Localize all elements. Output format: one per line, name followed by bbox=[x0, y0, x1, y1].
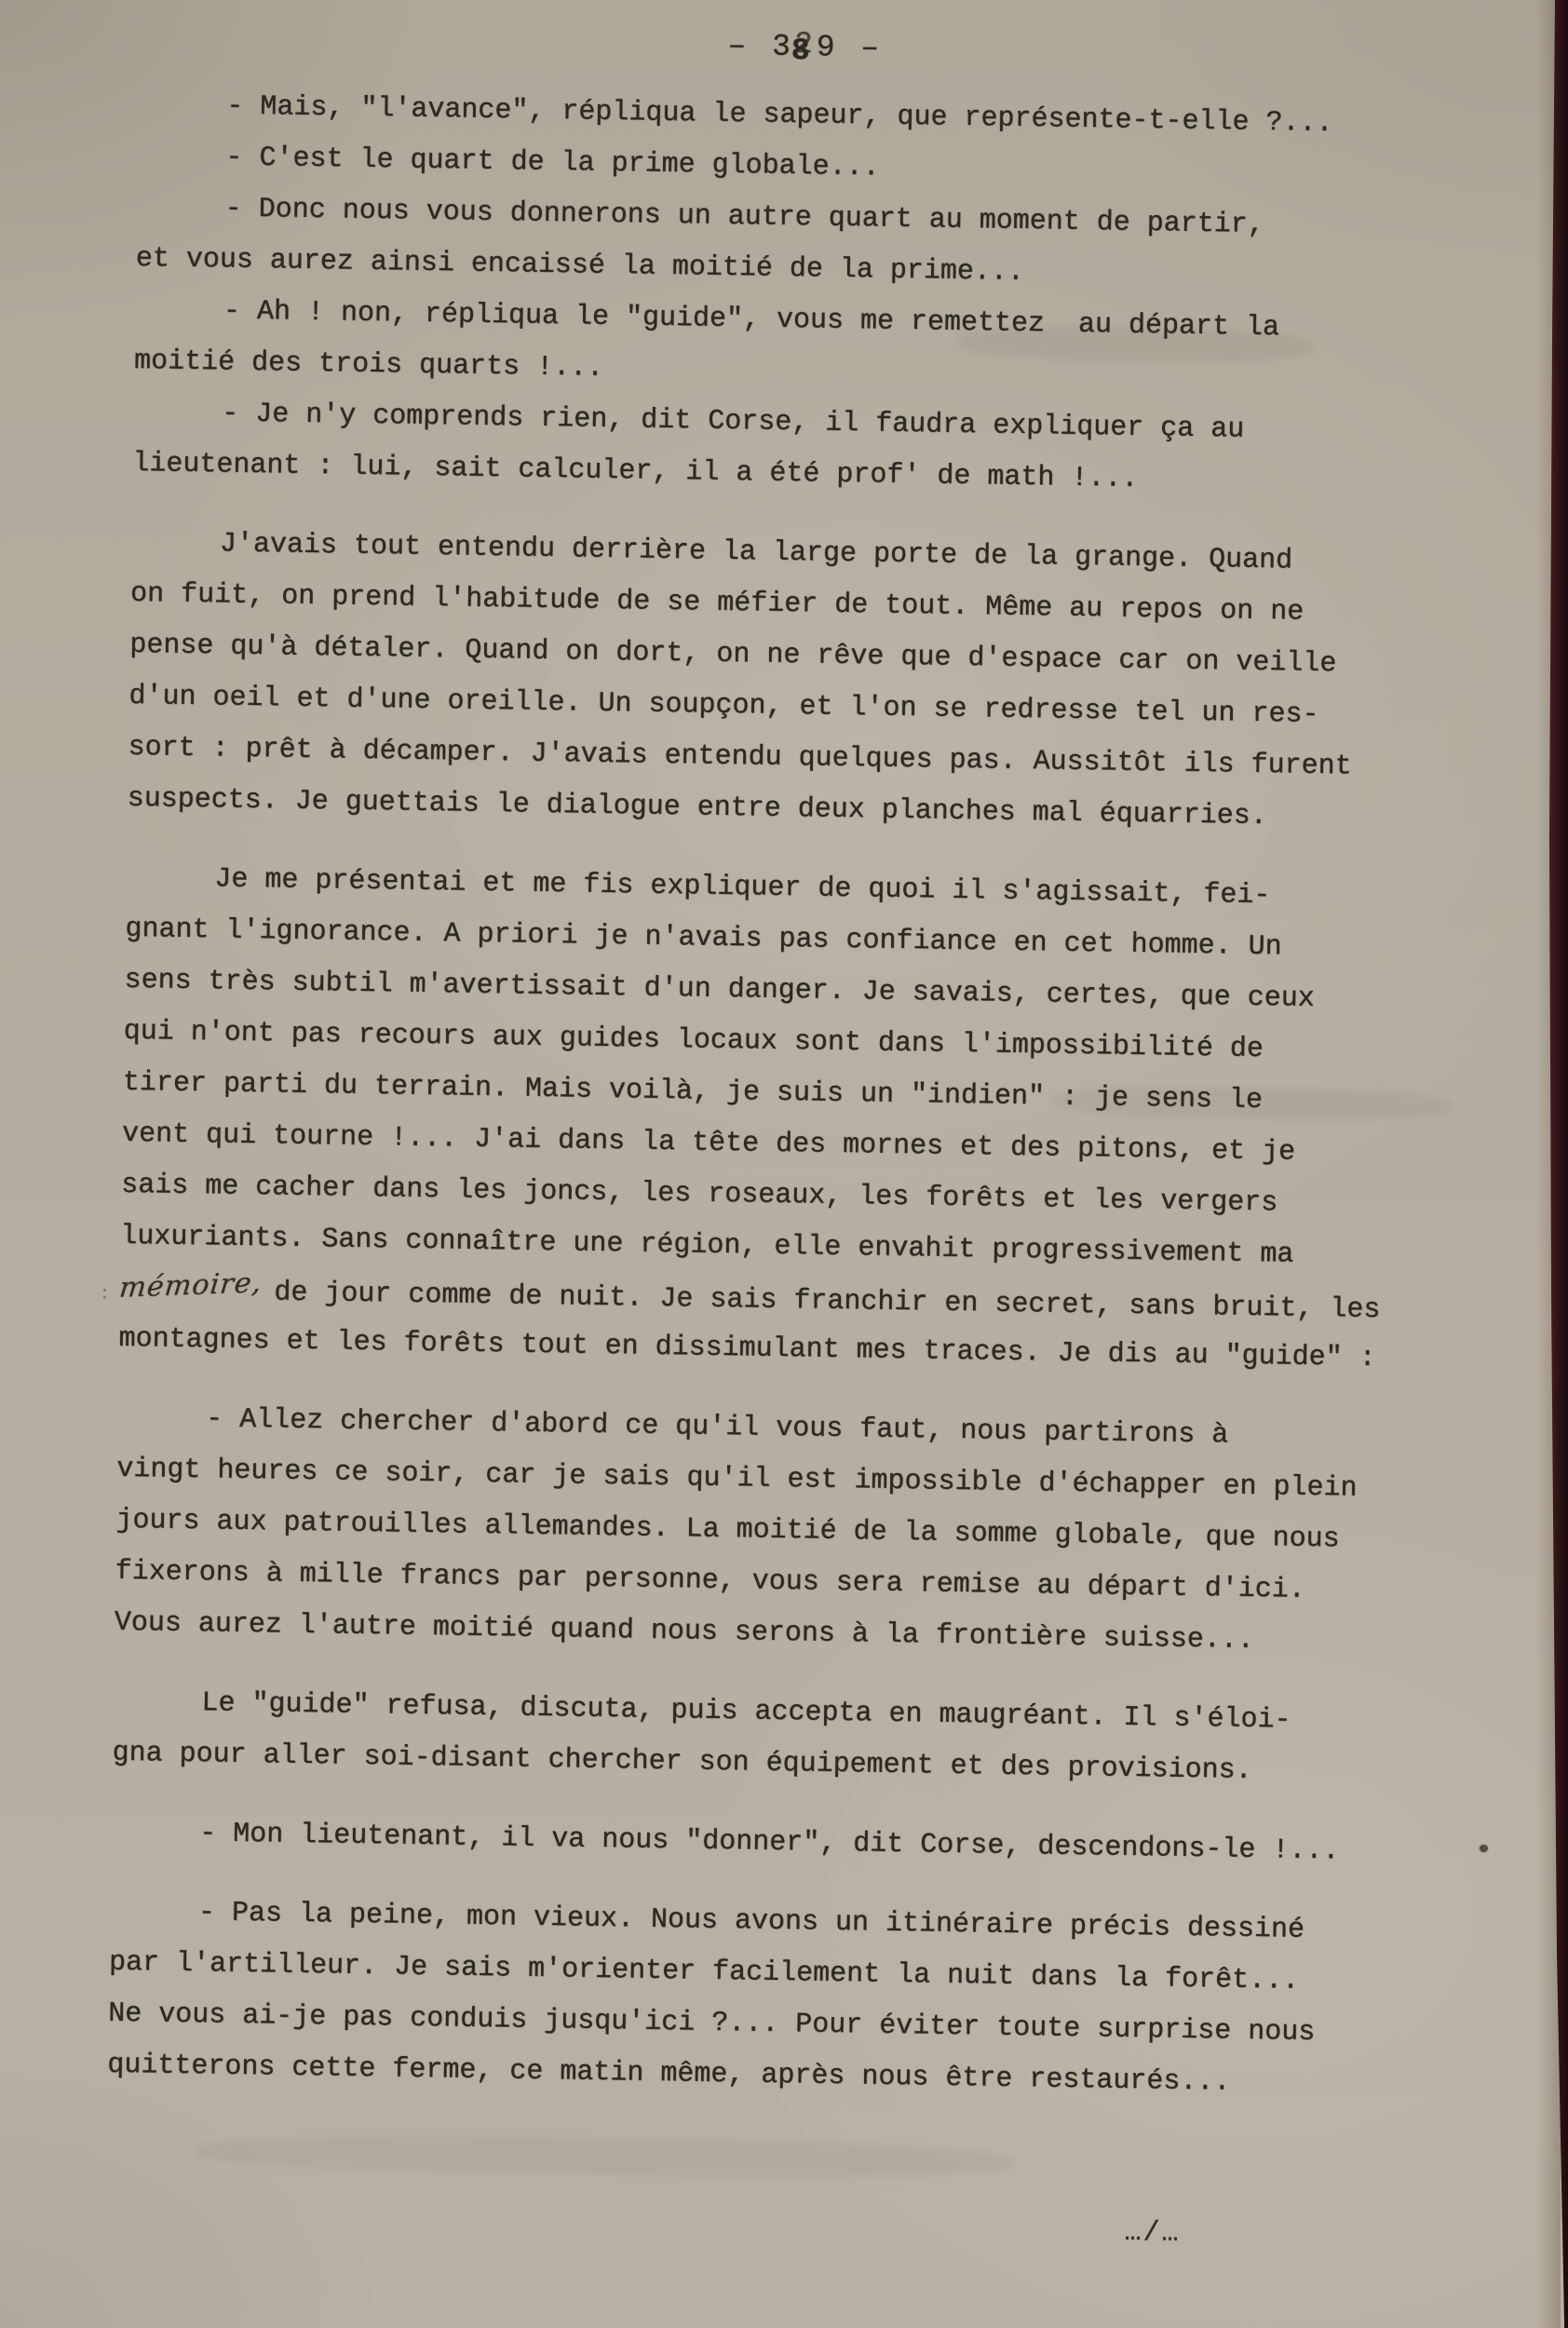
paragraph: J'avais tout entendu derrière la large p… bbox=[127, 518, 1435, 846]
paragraph: - Je n'y comprends rien, dit Corse, il f… bbox=[132, 387, 1438, 510]
paragraph: - Donc nous vous donnerons un autre quar… bbox=[135, 183, 1440, 305]
paragraph: - Pas la peine, mon vieux. Nous avons un… bbox=[107, 1887, 1413, 2112]
margin-mark: : bbox=[99, 1268, 111, 1320]
overtyped-digit: 28 bbox=[793, 21, 817, 74]
manuscript-photo: – 3289 – - Mais, "l'avance", répliqua le… bbox=[0, 0, 1568, 2328]
page-number: – 3289 – bbox=[727, 20, 1443, 84]
paragraph: - Ah ! non, répliqua le "guide", vous me… bbox=[134, 285, 1440, 408]
paragraph: - Allez chercher d'abord ce qu'il vous f… bbox=[114, 1393, 1421, 1670]
page-number-suffix: 9 – bbox=[816, 30, 883, 65]
paragraph: - Mon lieutenant, il va nous "donner", d… bbox=[111, 1807, 1415, 1879]
continuation-mark: …/… bbox=[1124, 2217, 1408, 2254]
text-line: - Mon lieutenant, il va nous "donner", d… bbox=[111, 1807, 1415, 1879]
digit-over: 8 bbox=[791, 25, 814, 77]
paragraph: Je me présentai et me fis expliquer de q… bbox=[118, 853, 1429, 1386]
paragraph: Le "guide" refusa, discuta, puis accepta… bbox=[112, 1677, 1417, 1800]
ink-speck bbox=[1480, 1845, 1488, 1852]
page-content: – 3289 – - Mais, "l'avance", répliqua le… bbox=[105, 11, 1443, 2254]
page-number-prefix: – 3 bbox=[727, 29, 794, 64]
handwritten-word-memoire: mémoire, bbox=[117, 1257, 265, 1313]
photo-edge-shadow bbox=[1544, 0, 1568, 2328]
